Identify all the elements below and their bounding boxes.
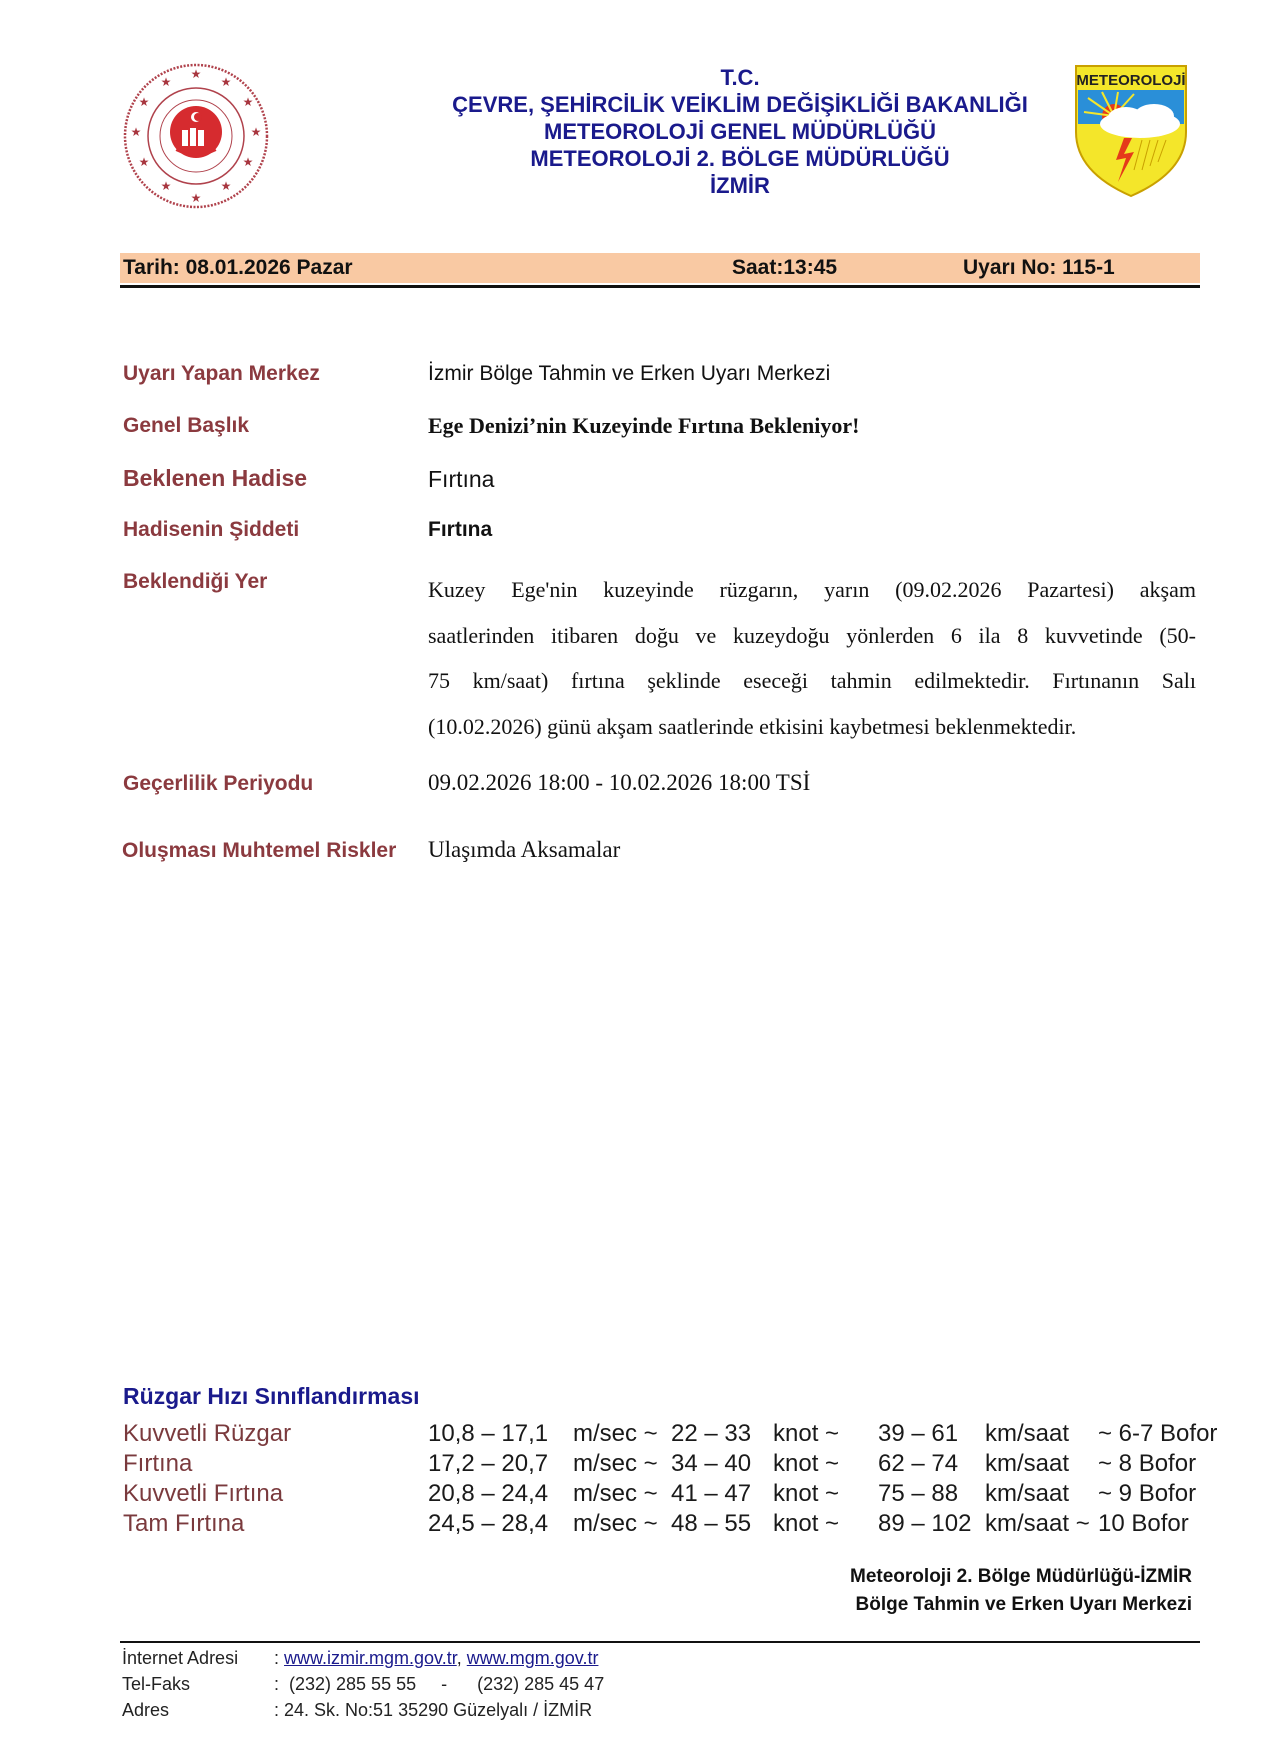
svg-text:★: ★ [251, 125, 262, 139]
svg-text:METEOROLOJİ: METEOROLOJİ [1076, 72, 1185, 89]
wind-class-ms-unit: m/sec ~ [573, 1480, 658, 1508]
warning-number: Uyarı No: 115-1 [963, 256, 1115, 280]
svg-text:★: ★ [139, 155, 150, 169]
signature-line-1: Meteoroloji 2. Bölge Müdürlüğü-İZMİR [850, 1566, 1192, 1588]
link-izmir-mgm[interactable]: www.izmir.mgm.gov.tr [284, 1648, 457, 1668]
footer-telfax-label: Tel-Faks [122, 1674, 190, 1695]
signature-line-2: Bölge Tahmin ve Erken Uyarı Merkezi [856, 1594, 1193, 1616]
header-divider [120, 285, 1200, 288]
wind-class-kmh: 39 – 61 [878, 1420, 958, 1448]
value-location-paragraph: Kuzey Ege'nin kuzeyinde rüzgarın, yarın … [428, 567, 1196, 749]
wind-class-kmh-unit: km/saat [985, 1450, 1069, 1478]
svg-text:★: ★ [139, 95, 150, 109]
value-validity: 09.02.2026 18:00 - 10.02.2026 18:00 TSİ [428, 770, 810, 796]
footer-internet-sep: : [274, 1648, 279, 1668]
wind-class-row: Kuvvetli Fırtına20,8 – 24,4m/sec ~41 – 4… [123, 1480, 1203, 1510]
header-line-tc: T.C. [420, 64, 1060, 91]
wind-class-row: Kuvvetli Rüzgar10,8 – 17,1m/sec ~22 – 33… [123, 1420, 1203, 1450]
label-warning-center: Uyarı Yapan Merkez [123, 362, 320, 386]
wind-class-row: Fırtına17,2 – 20,7m/sec ~34 – 40knot ~62… [123, 1450, 1203, 1480]
wind-class-ms-unit: m/sec ~ [573, 1450, 658, 1478]
svg-text:★: ★ [243, 155, 254, 169]
wind-class-ms: 24,5 – 28,4 [428, 1510, 548, 1538]
svg-text:★: ★ [221, 179, 232, 193]
wind-class-name: Kuvvetli Fırtına [123, 1480, 283, 1508]
label-location: Beklendiği Yer [123, 570, 267, 594]
value-risks: Ulaşımda Aksamalar [428, 837, 620, 863]
header-line-regional: METEOROLOJİ 2. BÖLGE MÜDÜRLÜĞÜ [420, 145, 1060, 172]
footer-divider [120, 1641, 1200, 1643]
wind-class-kt: 34 – 40 [671, 1450, 751, 1478]
wind-class-row: Tam Fırtına24,5 – 28,4m/sec ~48 – 55knot… [123, 1510, 1203, 1540]
header-line-directorate: METEOROLOJİ GENEL MÜDÜRLÜĞÜ [420, 118, 1060, 145]
label-headline: Genel Başlık [123, 414, 249, 438]
footer-internet-label: İnternet Adresi [122, 1648, 238, 1669]
wind-class-kt-unit: knot ~ [773, 1510, 839, 1538]
header-line-city: İZMİR [420, 172, 1060, 199]
svg-text:★: ★ [221, 75, 232, 89]
issue-time: Saat:13:45 [732, 256, 837, 280]
svg-text:★: ★ [191, 67, 202, 81]
svg-text:★: ★ [191, 191, 202, 205]
label-expected-event: Beklenen Hadise [123, 465, 307, 492]
wind-class-kmh-unit: km/saat [985, 1420, 1069, 1448]
wind-class-kt: 48 – 55 [671, 1510, 751, 1538]
label-risks: Oluşması Muhtemel Riskler [122, 839, 396, 863]
svg-text:★: ★ [131, 125, 142, 139]
wind-class-ms: 17,2 – 20,7 [428, 1450, 548, 1478]
wind-class-name: Tam Fırtına [123, 1510, 244, 1538]
link-mgm[interactable]: www.mgm.gov.tr [467, 1648, 599, 1668]
svg-text:★: ★ [161, 179, 172, 193]
footer-link-sep: , [457, 1648, 462, 1668]
wind-class-ms: 10,8 – 17,1 [428, 1420, 548, 1448]
footer-internet-values: : www.izmir.mgm.gov.tr, www.mgm.gov.tr [274, 1648, 598, 1669]
wind-class-kt: 41 – 47 [671, 1480, 751, 1508]
location-line: 75 km/saat) fırtına şeklinde eseceği tah… [428, 658, 1196, 704]
footer-address-label: Adres [122, 1700, 169, 1721]
wind-class-bofor: ~ 8 Bofor [1098, 1450, 1196, 1478]
value-severity: Fırtına [428, 518, 492, 542]
label-validity: Geçerlilik Periyodu [123, 772, 313, 796]
wind-class-ms-unit: m/sec ~ [573, 1510, 658, 1538]
wind-class-name: Fırtına [123, 1450, 192, 1478]
location-line: saatlerinden itibaren doğu ve kuzeydoğu … [428, 613, 1196, 659]
label-severity: Hadisenin Şiddeti [123, 518, 299, 542]
wind-class-bofor: 10 Bofor [1098, 1510, 1189, 1538]
footer-address-value: : 24. Sk. No:51 35290 Güzelyalı / İZMİR [274, 1700, 592, 1721]
value-warning-center: İzmir Bölge Tahmin ve Erken Uyarı Merkez… [428, 362, 830, 386]
wind-class-kt: 22 – 33 [671, 1420, 751, 1448]
wind-classification-title: Rüzgar Hızı Sınıflandırması [123, 1383, 420, 1410]
wind-class-ms-unit: m/sec ~ [573, 1420, 658, 1448]
wind-class-kmh: 89 – 102 [878, 1510, 971, 1538]
ministry-seal-icon: ★ ★ ★ ★ ★ ★ ★ ★ ★ ★ ★ ★ [122, 62, 270, 210]
wind-class-bofor: ~ 6-7 Bofor [1098, 1420, 1217, 1448]
ministry-seal-logo: ★ ★ ★ ★ ★ ★ ★ ★ ★ ★ ★ ★ [122, 62, 270, 210]
meteoroloji-logo: METEOROLOJİ [1072, 62, 1190, 198]
wind-class-kmh-unit: km/saat [985, 1480, 1069, 1508]
wind-class-bofor: ~ 9 Bofor [1098, 1480, 1196, 1508]
issue-date: Tarih: 08.01.2026 Pazar [123, 256, 353, 280]
location-line: (10.02.2026) günü akşam saatlerinde etki… [428, 704, 1196, 750]
value-expected-event: Fırtına [428, 466, 494, 493]
wind-class-kmh: 62 – 74 [878, 1450, 958, 1478]
footer-telfax-value: : (232) 285 55 55 - (232) 285 45 47 [274, 1674, 604, 1695]
wind-class-kt-unit: knot ~ [773, 1450, 839, 1478]
wind-class-name: Kuvvetli Rüzgar [123, 1420, 291, 1448]
wind-class-ms: 20,8 – 24,4 [428, 1480, 548, 1508]
meteoroloji-shield-icon: METEOROLOJİ [1072, 62, 1190, 198]
wind-class-kmh-unit: km/saat ~ [985, 1510, 1090, 1538]
location-line: Kuzey Ege'nin kuzeyinde rüzgarın, yarın … [428, 567, 1196, 613]
svg-text:★: ★ [161, 75, 172, 89]
wind-class-kt-unit: knot ~ [773, 1420, 839, 1448]
header-title: T.C. ÇEVRE, ŞEHİRCİLİK VEİKLİM DEĞİŞİKLİ… [420, 64, 1060, 199]
wind-class-kmh: 75 – 88 [878, 1480, 958, 1508]
header-line-ministry: ÇEVRE, ŞEHİRCİLİK VEİKLİM DEĞİŞİKLİĞİ BA… [420, 91, 1060, 118]
svg-text:★: ★ [243, 95, 254, 109]
value-headline: Ege Denizi’nin Kuzeyinde Fırtına Bekleni… [428, 413, 859, 439]
wind-class-kt-unit: knot ~ [773, 1480, 839, 1508]
